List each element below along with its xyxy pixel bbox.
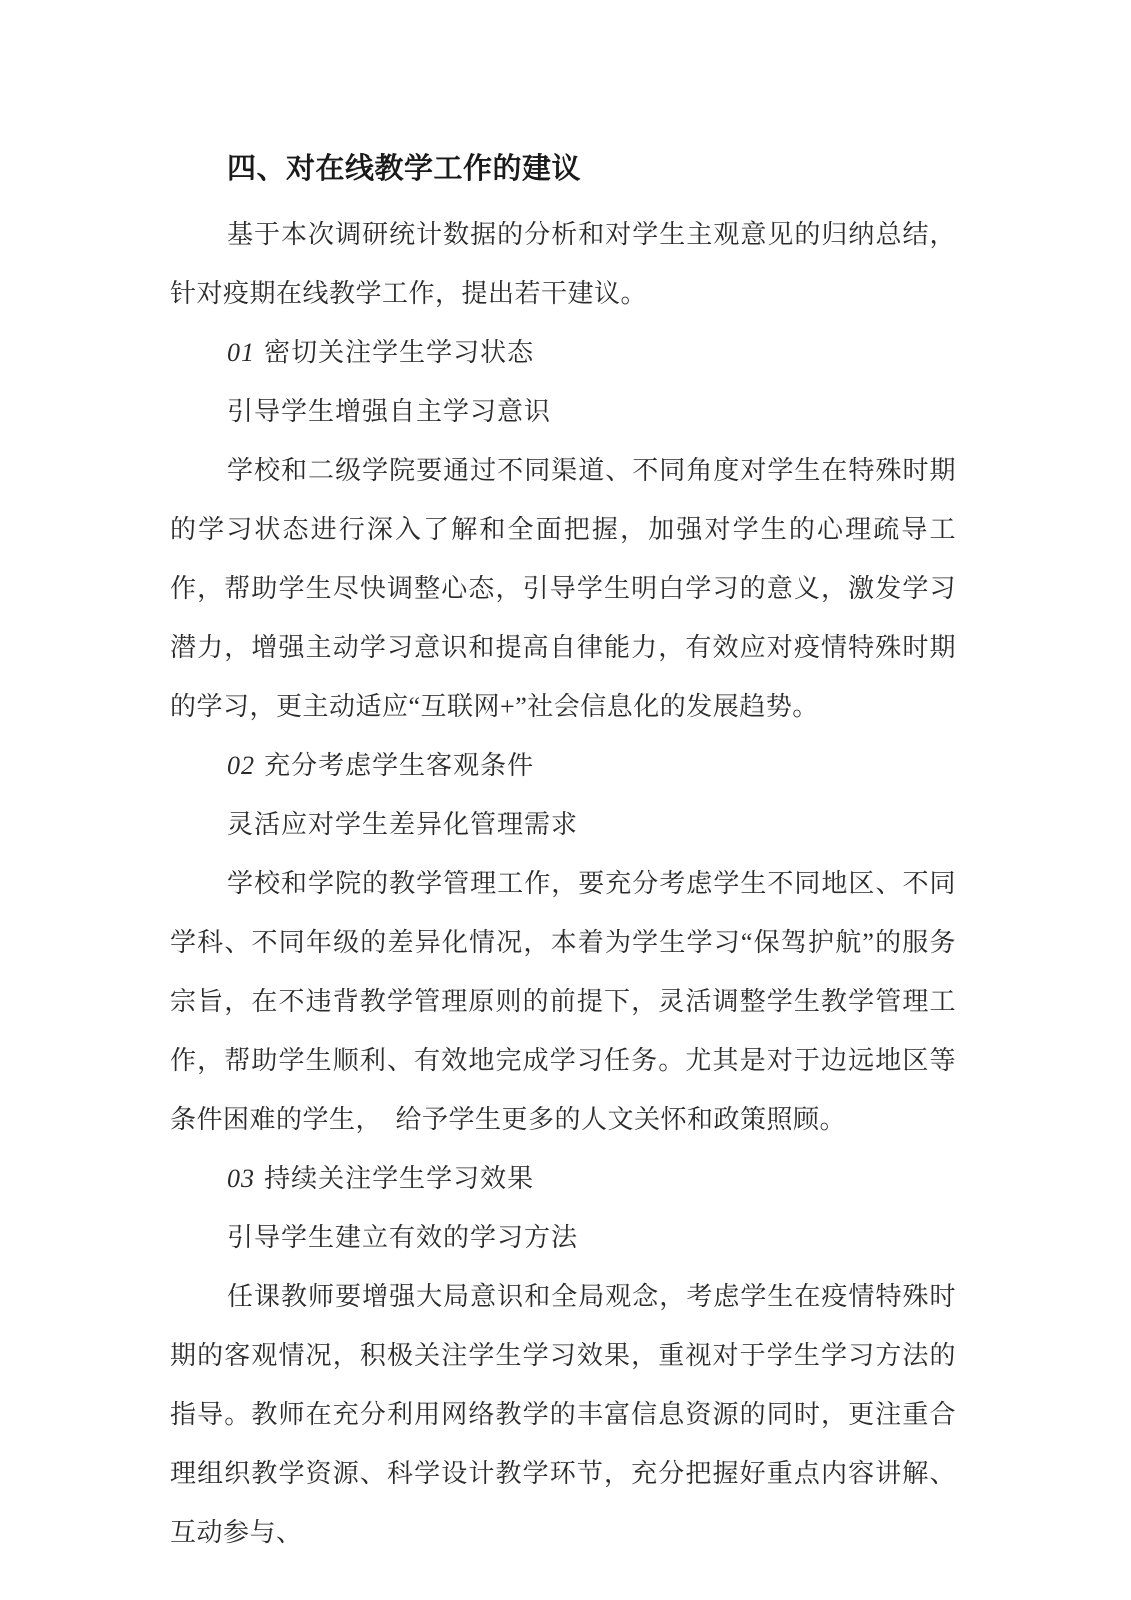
section-2-body: 学校和学院的教学管理工作，要充分考虑学生不同地区、不同学科、不同年级的差异化情况… <box>170 854 956 1149</box>
section-2-title: 充分考虑学生客观条件 <box>264 751 534 780</box>
section-1-body: 学校和二级学院要通过不同渠道、不同角度对学生在特殊时期的学习状态进行深入了解和全… <box>170 441 956 736</box>
page-title: 四、对在线教学工作的建议 <box>227 147 956 191</box>
section-1-title: 密切关注学生学习状态 <box>264 338 534 367</box>
section-2-number: 02 <box>227 751 255 780</box>
document-page: 四、对在线教学工作的建议 基于本次调研统计数据的分析和对学生主观意见的归纳总结，… <box>0 0 1131 1600</box>
section-3-title: 持续关注学生学习效果 <box>264 1164 534 1193</box>
section-3-body: 任课教师要增强大局意识和全局观念，考虑学生在疫情特殊时期的客观情况，积极关注学生… <box>170 1267 956 1562</box>
section-3-subtitle: 引导学生建立有效的学习方法 <box>227 1208 956 1267</box>
intro-paragraph: 基于本次调研统计数据的分析和对学生主观意见的归纳总结，针对疫期在线教学工作，提出… <box>170 205 956 323</box>
section-3-number: 03 <box>227 1164 255 1193</box>
section-1-subtitle: 引导学生增强自主学习意识 <box>227 382 956 441</box>
section-1-number: 01 <box>227 338 255 367</box>
section-1-heading: 01密切关注学生学习状态 <box>227 323 956 382</box>
section-2-subtitle: 灵活应对学生差异化管理需求 <box>227 795 956 854</box>
section-3-heading: 03持续关注学生学习效果 <box>227 1149 956 1208</box>
document-content: 四、对在线教学工作的建议 基于本次调研统计数据的分析和对学生主观意见的归纳总结，… <box>170 147 956 1562</box>
section-2-heading: 02充分考虑学生客观条件 <box>227 736 956 795</box>
